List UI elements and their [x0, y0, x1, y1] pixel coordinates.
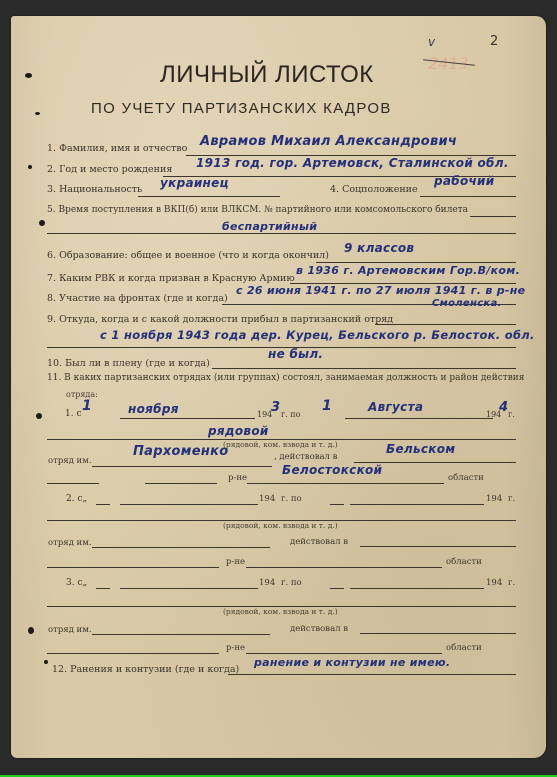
field-9-underline-a	[375, 324, 516, 325]
field-10-label: 10. Был ли в плену (где и когда)	[47, 358, 210, 369]
entry-3-rayon-label: р-не	[226, 643, 245, 653]
punch-hole-mark	[36, 413, 42, 419]
entry-3-day-to-underline	[330, 588, 344, 589]
field-5-underline-a	[470, 216, 516, 217]
entry-2-day-to-underline	[330, 504, 344, 505]
entry-2-oblast-underline	[246, 567, 442, 568]
entry-2-day-from-underline	[96, 504, 110, 505]
field-5-underline-b	[47, 233, 516, 234]
field-4-label: 4. Соцположение	[330, 184, 418, 195]
field-5-label: 5. Время поступления в ВКП(б) или ВЛКСМ.…	[47, 205, 468, 215]
entry-2-acted-label: действовал в	[290, 537, 348, 547]
entry-2-otryad-underline	[92, 547, 270, 548]
entry-3-g2: г.	[508, 578, 515, 588]
entry-1-year-to[interactable]: 4	[499, 400, 508, 415]
entry-1-oblast-label: области	[448, 473, 484, 483]
field-12-label: 12. Ранения и контузии (где и когда)	[52, 664, 239, 675]
entry-1-acted-label: , действовал в	[274, 452, 337, 462]
entry-3-otryad-underline	[92, 634, 270, 635]
entry-1-acted-in[interactable]: Бельском	[386, 442, 455, 456]
field-6-value[interactable]: 9 классов	[344, 241, 414, 255]
field-8-value[interactable]: с 26 июня 1941 г. по 27 июля 1941 г. в р…	[236, 284, 525, 297]
entry-2-year-prefix-to: 194	[486, 494, 502, 504]
entry-2-month-to-underline	[350, 504, 484, 505]
field-2-label: 2. Год и место рождения	[47, 164, 172, 175]
entry-2-g-po: г. по	[281, 494, 302, 504]
entry-2-acted-underline	[360, 546, 516, 547]
entry-1-year-prefix-from: 194	[257, 410, 272, 419]
entry-1-position-hint: (рядовой, ком. взвода и т. д.)	[223, 440, 338, 449]
punch-hole-mark	[35, 112, 40, 115]
entry-1-year-from[interactable]: 3	[271, 400, 280, 415]
entry-1-rayon-label: р-не	[228, 473, 247, 483]
field-3-value[interactable]: украинец	[160, 176, 229, 190]
field-8-value-line2[interactable]: Смоленска.	[432, 298, 502, 309]
field-2-value[interactable]: 1913 год. гор. Артемовск, Сталинской обл…	[196, 156, 509, 170]
field-8-label: 8. Участие на фронтах (где и когда)	[47, 293, 228, 304]
field-12-value[interactable]: ранение и контузии не имею.	[254, 656, 450, 669]
field-6-underline	[316, 262, 516, 263]
field-4-underline	[420, 196, 516, 197]
entry-1-oblast[interactable]: Белостокской	[282, 463, 382, 477]
punch-hole-mark	[28, 165, 32, 169]
entry-2-oblast-label: области	[446, 557, 482, 567]
entry-1-otryad[interactable]: Пархоменко	[133, 444, 228, 459]
entry-1-g2: г.	[508, 410, 515, 419]
entry-3-oblast-label: области	[446, 643, 482, 653]
entry-1-otryad-label: отряд им.	[48, 456, 92, 466]
page-number: 2	[490, 34, 498, 49]
entry-3-month-to-underline	[350, 588, 484, 589]
entry-1-num: 1. с	[65, 409, 82, 419]
entry-1-otryad-underline	[92, 466, 272, 467]
entry-2-num: 2. с„	[66, 494, 87, 504]
field-6-label: 6. Образование: общее и военное (что и к…	[47, 250, 329, 261]
field-9-label: 9. Откуда, когда и с какой должности при…	[47, 314, 393, 325]
entry-1-month-to-underline	[345, 418, 493, 419]
field-3-label: 3. Национальность	[47, 184, 142, 195]
entry-2-otryad-label: отряд им.	[48, 538, 92, 548]
entry-2-month-from-underline	[120, 504, 258, 505]
field-1-label: 1. Фамилия, имя и отчество	[47, 143, 187, 154]
entry-1-month-to[interactable]: Августа	[368, 400, 423, 414]
entry-1-oblast-underline	[247, 483, 444, 484]
entry-1-day-to[interactable]: 1	[322, 398, 332, 414]
field-10-underline	[212, 368, 516, 369]
entry-1-rayon-underline-a	[47, 483, 99, 484]
entry-1-month-from-underline	[120, 418, 255, 419]
field-12-underline	[228, 674, 516, 675]
field-5-value[interactable]: беспартийный	[222, 220, 317, 233]
check-mark: v	[428, 35, 435, 49]
entry-2-year-prefix-from: 194	[259, 494, 275, 504]
punch-hole-mark	[39, 220, 45, 226]
field-9-value[interactable]: с 1 ноября 1943 года дер. Курец, Бельско…	[100, 328, 535, 342]
entry-3-acted-label: действовал в	[290, 624, 348, 634]
entry-3-num: 3. с„	[66, 578, 87, 588]
page-subtitle: ПО УЧЕТУ ПАРТИЗАНСКИХ КАДРОВ	[91, 100, 392, 117]
entry-1-position[interactable]: рядовой	[208, 424, 269, 438]
entry-3-year-prefix-to: 194	[486, 578, 502, 588]
field-7-label: 7. Каким РВК и когда призван в Красную А…	[47, 273, 295, 284]
entry-3-otryad-label: отряд им.	[48, 625, 92, 635]
field-3-underline	[138, 196, 280, 197]
entry-3-month-from-underline	[120, 588, 258, 589]
entry-2-g2: г.	[508, 494, 515, 504]
entry-1-g-po: г. по	[281, 410, 300, 419]
field-11-label: 11. В каких партизанских отрядах (или гр…	[47, 373, 524, 383]
entry-3-year-prefix-from: 194	[259, 578, 275, 588]
entry-2-rayon-underline	[47, 567, 219, 568]
entry-3-position-hint: (рядовой, ком. взвода и т. д.)	[223, 607, 338, 616]
entry-1-month-from[interactable]: ноября	[128, 402, 179, 416]
field-7-value[interactable]: в 1936 г. Артемовским Гор.В/ком.	[296, 264, 520, 277]
entry-3-oblast-underline	[246, 653, 442, 654]
entry-3-rayon-underline	[47, 653, 219, 654]
field-10-value[interactable]: не был.	[268, 347, 323, 361]
entry-1-rayon-underline-b	[145, 483, 217, 484]
punch-hole-mark	[44, 660, 48, 664]
field-4-value[interactable]: рабочий	[434, 174, 494, 188]
page-title: ЛИЧНЫЙ ЛИСТОК	[160, 61, 374, 89]
field-1-value[interactable]: Аврамов Михаил Александрович	[200, 134, 457, 149]
entry-2-position-hint: (рядовой, ком. взвода и т. д.)	[223, 521, 338, 530]
entry-3-day-from-underline	[96, 588, 110, 589]
entry-3-acted-underline	[360, 633, 516, 634]
entry-2-rayon-label: р-не	[226, 557, 245, 567]
punch-hole-mark	[25, 73, 32, 78]
entry-3-g-po: г. по	[281, 578, 302, 588]
punch-hole-mark	[28, 627, 34, 634]
entry-1-day-from[interactable]: 1	[82, 398, 92, 414]
